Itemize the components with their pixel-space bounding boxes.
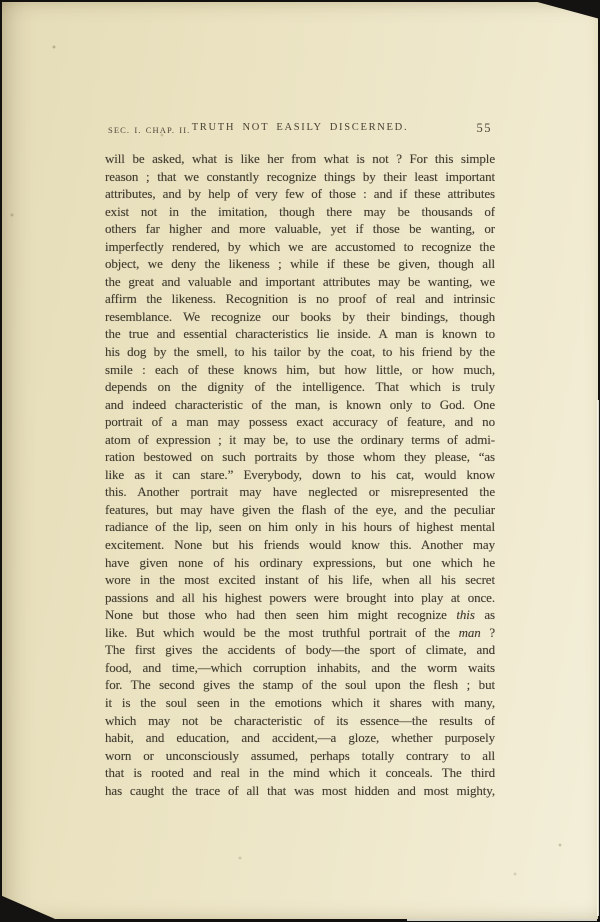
text-line: that is rooted and real in the mind whic…	[105, 764, 495, 782]
text-line: attributes, and by help of very few of t…	[105, 185, 495, 203]
scan-shadow-bottom-left-corner	[0, 895, 62, 922]
text-line: like as it can stare.” Everybody, down t…	[105, 466, 495, 484]
text-line: exist not in the imitation, though there…	[105, 203, 495, 221]
text-line: habit, and education, and accident,—a gl…	[105, 729, 495, 747]
text-line: have given none of his ordinary expressi…	[105, 554, 495, 572]
text-line: depends on the dignity of the intelligen…	[105, 378, 495, 396]
text-line: it is the soul seen in the emotions whic…	[105, 694, 495, 712]
text-line: worn or unconsciously assumed, perhaps t…	[105, 747, 495, 765]
page-stack-edge-bottom	[407, 919, 597, 921]
page-number: 55	[477, 121, 493, 136]
text-line: resemblance. We recognize our books by t…	[105, 308, 495, 326]
text-line: excitement. None but his friends would k…	[105, 536, 495, 554]
text-line: which may not be characteristic of its e…	[105, 712, 495, 730]
text-line: and indeed characteristic of the man, is…	[105, 396, 495, 414]
text-line: None but those who had then seen him mig…	[105, 606, 495, 624]
page-paper: SEC. I. CHAP. II. TRUTH NOT EASILY DISCE…	[2, 2, 598, 919]
text-line: the true and essential characteristics l…	[105, 325, 495, 343]
text-line: imperfectly rendered, by which we are ac…	[105, 238, 495, 256]
page-stack-edge-right	[597, 400, 599, 916]
text-line: The first gives the accidents of body—th…	[105, 641, 495, 659]
section-chapter-label: SEC. I. CHAP. II.	[108, 125, 190, 135]
running-head: SEC. I. CHAP. II. TRUTH NOT EASILY DISCE…	[105, 121, 495, 136]
text-line: ration bestowed on such portraits by tho…	[105, 448, 495, 466]
text-line: for. The second gives the stamp of the s…	[105, 676, 495, 694]
text-line: like. But which would be the most truthf…	[105, 624, 495, 642]
text-line: affirm the likeness. Recognition is no p…	[105, 290, 495, 308]
text-line: the great and valuable and important att…	[105, 273, 495, 291]
body-text: will be asked, what is like her from wha…	[105, 150, 495, 799]
page-column: SEC. I. CHAP. II. TRUTH NOT EASILY DISCE…	[105, 121, 495, 799]
text-line: others far higher and more valuable, yet…	[105, 220, 495, 238]
text-line: passions and all his highest powers were…	[105, 589, 495, 607]
text-line: wore in the most excited instant of his …	[105, 571, 495, 589]
text-line: atom of expression ; it may be, to use t…	[105, 431, 495, 449]
text-line: his dog by the smell, to his tailor by t…	[105, 343, 495, 361]
text-line: will be asked, what is like her from wha…	[105, 150, 495, 168]
text-line: reason ; that we constantly recognize th…	[105, 168, 495, 186]
text-line: smile : each of these knows him, but how…	[105, 361, 495, 379]
scanned-book-page: SEC. I. CHAP. II. TRUTH NOT EASILY DISCE…	[0, 0, 600, 922]
text-line: has caught the trace of all that was mos…	[105, 782, 495, 800]
text-line: radiance of the lip, seen on him only in…	[105, 518, 495, 536]
text-line: object, we deny the likeness ; while if …	[105, 255, 495, 273]
scan-shadow-top-right-corner	[530, 0, 600, 19]
text-line: features, but may have given the flash o…	[105, 501, 495, 519]
text-line: food, and time,—which corruption inhabit…	[105, 659, 495, 677]
text-line: portrait of a man may possess exact accu…	[105, 413, 495, 431]
text-line: this. Another portrait may have neglecte…	[105, 483, 495, 501]
